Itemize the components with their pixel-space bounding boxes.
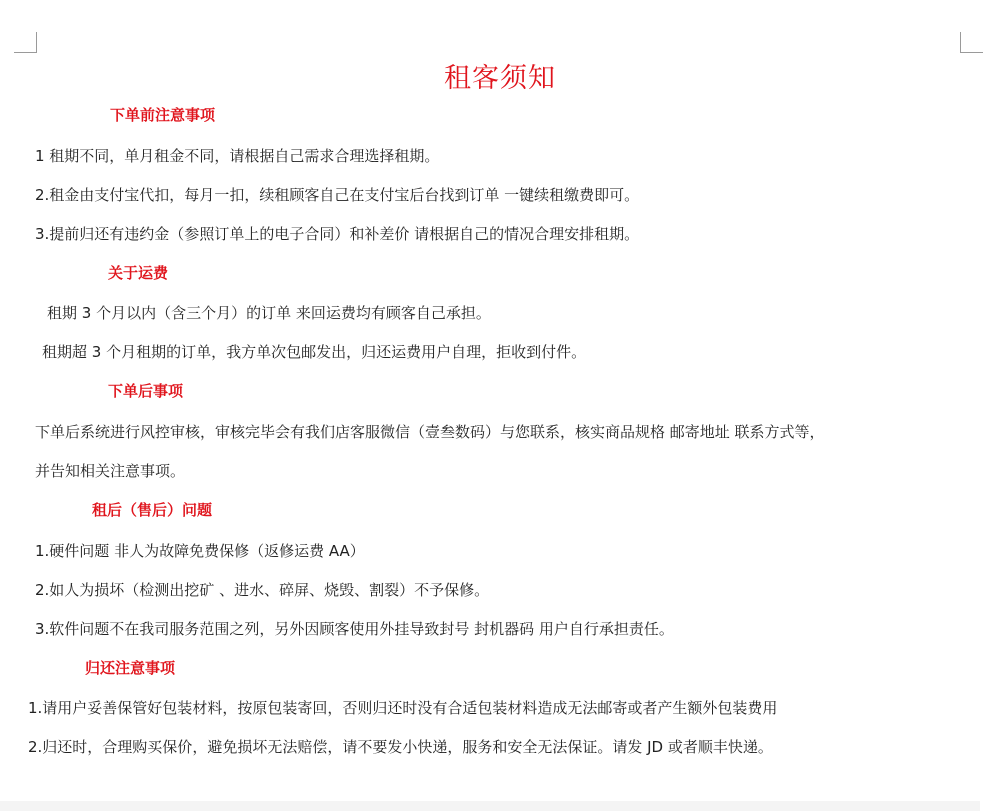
section-heading-before-order: 下单前注意事项 xyxy=(110,104,215,125)
page-bottom-edge xyxy=(0,801,980,811)
page-corner-mark-left xyxy=(14,32,37,53)
section-heading-shipping: 关于运费 xyxy=(108,262,168,283)
paragraph-line: 1 租期不同，单月租金不同，请根据自己需求合理选择租期。 xyxy=(35,145,439,166)
paragraph-line: 2.归还时，合理购买保价，避免损坏无法赔偿，请不要发小快递，服务和安全无法保证。… xyxy=(28,736,773,757)
paragraph-line: 并告知相关注意事项。 xyxy=(35,460,185,481)
paragraph-line: 下单后系统进行风控审核，审核完毕会有我们店客服微信（壹叁数码）与您联系，核实商品… xyxy=(35,421,825,442)
section-heading-after-sales: 租后（售后）问题 xyxy=(92,499,212,520)
paragraph-line: 2.租金由支付宝代扣，每月一扣，续租顾客自己在支付宝后台找到订单 一键续租缴费即… xyxy=(35,184,639,205)
paragraph-line: 租期超 3 个月租期的订单，我方单次包邮发出，归还运费用户自理，拒收到付件。 xyxy=(42,341,586,362)
paragraph-line: 1.硬件问题 非人为故障免费保修（返修运费 AA） xyxy=(35,540,365,561)
section-heading-after-order: 下单后事项 xyxy=(108,380,183,401)
paragraph-line: 3.软件问题不在我司服务范围之列，另外因顾客使用外挂导致封号 封机器码 用户自行… xyxy=(35,618,674,639)
document-title: 租客须知 xyxy=(0,56,1000,95)
paragraph-line: 1.请用户妥善保管好包装材料，按原包装寄回，否则归还时没有合适包装材料造成无法邮… xyxy=(28,697,777,718)
paragraph-line: 2.如人为损坏（检测出挖矿 、进水、碎屏、烧毁、割裂）不予保修。 xyxy=(35,579,489,600)
section-heading-return: 归还注意事项 xyxy=(85,657,175,678)
page-corner-mark-right xyxy=(960,32,983,53)
paragraph-line: 租期 3 个月以内（含三个月）的订单 来回运费均有顾客自己承担。 xyxy=(47,302,491,323)
paragraph-line: 3.提前归还有违约金（参照订单上的电子合同）和补差价 请根据自己的情况合理安排租… xyxy=(35,223,639,244)
